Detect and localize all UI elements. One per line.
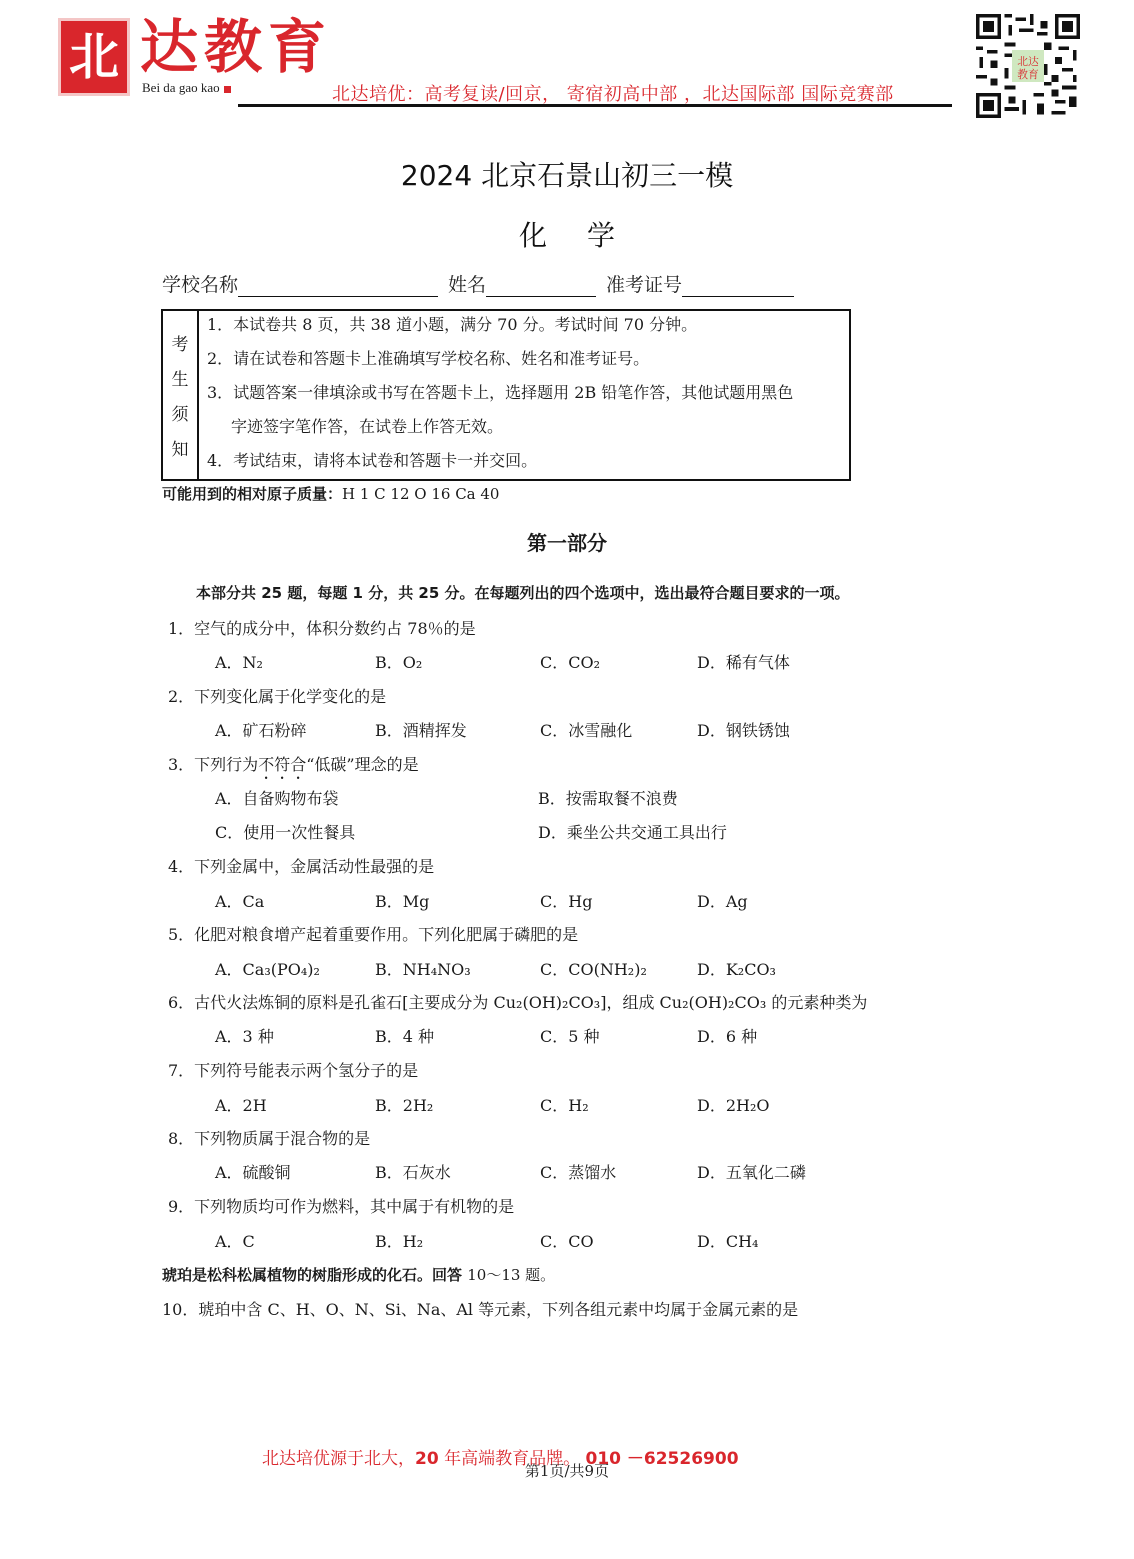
notice-label-char: 生 xyxy=(172,365,189,390)
passage-text: 琥珀是松科松属植物的树脂形成的化石。回答 xyxy=(162,1266,467,1284)
question-8-option-a[interactable]: A．硫酸铜 xyxy=(215,1160,291,1183)
question-4-option-d[interactable]: D．Ag xyxy=(697,889,748,912)
question-6-option-a[interactable]: A．3 种 xyxy=(215,1024,274,1047)
page-number: 第1页/共9页 xyxy=(0,1460,1134,1481)
question-10-stem: 10．琥珀中含 C、H、O、N、Si、Na、Al 等元素，下列各组元素中均属于金… xyxy=(162,1297,798,1320)
notice-item: 1．本试卷共 8 页，共 38 道小题，满分 70 分。考试时间 70 分钟。 xyxy=(207,313,841,347)
question-6-option-d[interactable]: D．6 种 xyxy=(697,1024,757,1047)
question-1-option-c[interactable]: C．CO₂ xyxy=(540,650,600,673)
logo-subtitle: Bei da gao kao xyxy=(142,80,231,96)
question-8-stem: 8．下列物质属于混合物的是 xyxy=(168,1126,370,1149)
school-name-field[interactable] xyxy=(238,274,438,297)
notice-item: 2．请在试卷和答题卡上准确填写学校名称、姓名和准考证号。 xyxy=(207,347,841,381)
question-4-stem: 4．下列金属中，金属活动性最强的是 xyxy=(168,854,434,877)
question-3-stem-pre: 3．下列行为 xyxy=(168,755,258,774)
exam-id-field[interactable] xyxy=(682,274,794,297)
question-8-option-b[interactable]: B．石灰水 xyxy=(375,1160,451,1183)
question-2-option-c[interactable]: C．冰雪融化 xyxy=(540,718,632,741)
question-6-stem: 6．古代火法炼铜的原料是孔雀石[主要成分为 Cu₂(OH)₂CO₃]，组成 Cu… xyxy=(168,990,867,1013)
question-3-stem: 3．下列行为不符合“低碳”理念的是 xyxy=(168,752,419,783)
exam-subject: 化学 xyxy=(0,214,1134,254)
question-6-option-b[interactable]: B．4 种 xyxy=(375,1024,434,1047)
question-9-stem: 9．下列物质均可作为燃料，其中属于有机物的是 xyxy=(168,1194,514,1217)
notice-label-char: 知 xyxy=(172,435,189,460)
question-3-option-b[interactable]: B．按需取餐不浪费 xyxy=(538,786,678,809)
atomic-mass-label: 可能用到的相对原子质量： xyxy=(162,485,342,503)
question-4-option-b[interactable]: B．Mg xyxy=(375,889,429,912)
question-5-option-d[interactable]: D．K₂CO₃ xyxy=(697,957,776,980)
logo-sub-text: Bei da gao kao xyxy=(142,80,220,95)
question-1-option-b[interactable]: B．O₂ xyxy=(375,650,422,673)
school-name-label: 学校名称 xyxy=(162,270,238,297)
header-slogan: 北达培优：高考复读/回京， 寄宿初高中部 ，北达国际部 国际竞赛部 xyxy=(332,80,894,106)
question-2-option-b[interactable]: B．酒精挥发 xyxy=(375,718,467,741)
atomic-mass-values: H 1 C 12 O 16 Ca 40 xyxy=(342,485,499,503)
exam-notice-box: 考 生 须 知 1．本试卷共 8 页，共 38 道小题，满分 70 分。考试时间… xyxy=(161,309,851,481)
svg-text:北达: 北达 xyxy=(1017,55,1039,68)
question-2-stem: 2．下列变化属于化学变化的是 xyxy=(168,684,386,707)
question-5-option-a[interactable]: A．Ca₃(PO₄)₂ xyxy=(215,957,320,980)
question-1-option-a[interactable]: A．N₂ xyxy=(215,650,263,673)
question-4-option-c[interactable]: C．Hg xyxy=(540,889,592,912)
question-7-option-b[interactable]: B．2H₂ xyxy=(375,1093,433,1116)
question-8-option-d[interactable]: D．五氧化二磷 xyxy=(697,1160,806,1183)
logo-char: 北 xyxy=(69,32,119,82)
question-7-stem: 7．下列符号能表示两个氢分子的是 xyxy=(168,1058,418,1081)
logo-text: 达教育 xyxy=(140,18,332,76)
question-7-option-c[interactable]: C．H₂ xyxy=(540,1093,589,1116)
question-3-emphasis: 不符合 xyxy=(258,755,306,774)
question-5-option-c[interactable]: C．CO(NH₂)₂ xyxy=(540,957,647,980)
question-8-option-c[interactable]: C．蒸馏水 xyxy=(540,1160,616,1183)
question-2-option-d[interactable]: D．钢铁锈蚀 xyxy=(697,718,790,741)
atomic-mass-line: 可能用到的相对原子质量：H 1 C 12 O 16 Ca 40 xyxy=(162,483,499,504)
question-9-option-d[interactable]: D．CH₄ xyxy=(697,1229,758,1252)
header-divider xyxy=(238,104,952,107)
question-6-option-c[interactable]: C．5 种 xyxy=(540,1024,600,1047)
exam-title: 2024 北京石景山初三一模 xyxy=(0,154,1134,194)
question-9-option-a[interactable]: A．C xyxy=(215,1229,255,1252)
notice-label: 考 生 须 知 xyxy=(163,311,199,479)
exam-id-label: 准考证号 xyxy=(606,270,682,297)
question-5-stem: 5．化肥对粮食增产起着重要作用。下列化肥属于磷肥的是 xyxy=(168,922,578,945)
qr-code-icon: 北达 教育 xyxy=(976,14,1080,118)
question-7-option-a[interactable]: A．2H xyxy=(215,1093,267,1116)
question-2-option-a[interactable]: A．矿石粉碎 xyxy=(215,718,307,741)
question-3-option-d[interactable]: D．乘坐公共交通工具出行 xyxy=(538,820,727,843)
question-9-option-b[interactable]: B．H₂ xyxy=(375,1229,423,1252)
question-1-option-d[interactable]: D．稀有气体 xyxy=(697,650,790,673)
notice-label-char: 考 xyxy=(172,330,189,355)
notice-label-char: 须 xyxy=(172,400,189,425)
question-3-option-a[interactable]: A．自备购物布袋 xyxy=(215,786,339,809)
square-icon xyxy=(224,86,231,93)
passage-intro: 琥珀是松科松属植物的树脂形成的化石。回答 10～13 题。 xyxy=(162,1264,555,1285)
notice-item-continuation: 字迹签字笔作答，在试卷上作答无效。 xyxy=(207,415,841,449)
logo-seal: 北 xyxy=(58,18,130,96)
question-9-option-c[interactable]: C．CO xyxy=(540,1229,594,1252)
notice-item: 4．考试结束，请将本试卷和答题卡一并交回。 xyxy=(207,449,841,483)
part-one-title: 第一部分 xyxy=(0,527,1134,556)
question-4-option-a[interactable]: A．Ca xyxy=(215,889,264,912)
student-info-fields: 学校名称 姓名 准考证号 xyxy=(162,270,804,297)
question-1-stem: 1．空气的成分中，体积分数约占 78％的是 xyxy=(168,616,476,639)
svg-text:教育: 教育 xyxy=(1017,68,1039,81)
student-name-field[interactable] xyxy=(486,274,596,297)
notice-item: 3．试题答案一律填涂或书写在答题卡上，选择题用 2B 铅笔作答，其他试题用黑色 xyxy=(207,381,841,415)
question-3-stem-post: “低碳”理念的是 xyxy=(306,755,418,774)
question-7-option-d[interactable]: D．2H₂O xyxy=(697,1093,770,1116)
notice-items: 1．本试卷共 8 页，共 38 道小题，满分 70 分。考试时间 70 分钟。 … xyxy=(199,311,849,479)
passage-range: 10～13 题。 xyxy=(467,1266,555,1284)
question-3-option-c[interactable]: C．使用一次性餐具 xyxy=(215,820,355,843)
student-name-label: 姓名 xyxy=(448,270,486,297)
question-5-option-b[interactable]: B．NH₄NO₃ xyxy=(375,957,471,980)
part-one-description: 本部分共 25 题，每题 1 分，共 25 分。在每题列出的四个选项中，选出最符… xyxy=(196,582,850,603)
